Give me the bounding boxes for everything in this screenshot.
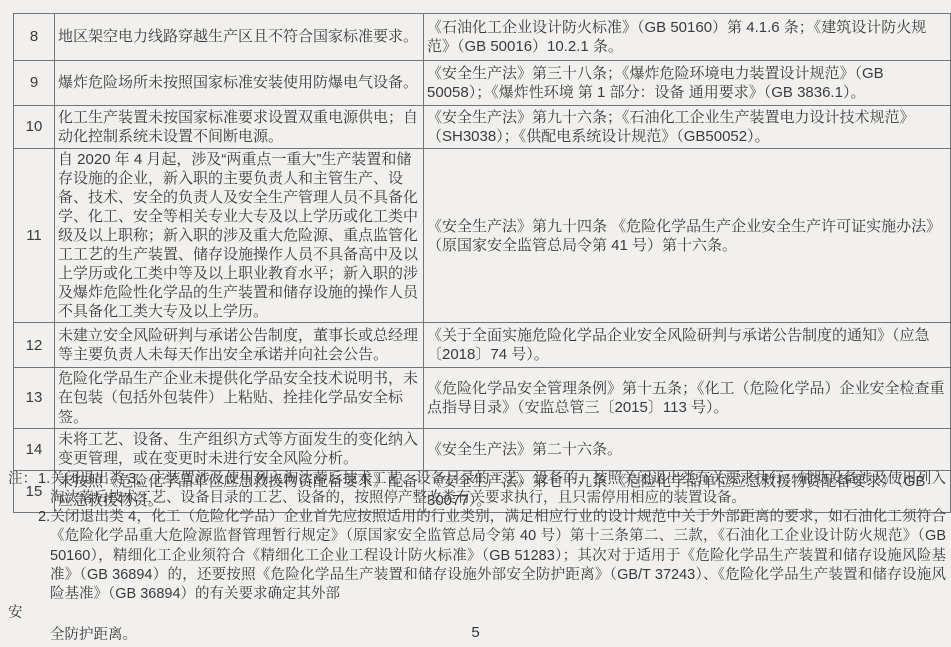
basis-text: 《安全生产法》第九十六条；《石油化工企业生产装置电力设计技术规范》（SH3038…	[424, 106, 951, 149]
violation-table: 8 地区架空电力线路穿越生产区且不符合国家标准要求。 《石油化工企业设计防火标准…	[13, 13, 951, 513]
row-number: 8	[14, 14, 55, 61]
problem-text: 爆炸危险场所未按照国家标准安装使用防爆电气设备。	[55, 61, 424, 106]
document-page: 8 地区架空电力线路穿越生产区且不符合国家标准要求。 《石油化工企业设计防火标准…	[0, 0, 951, 647]
row-number: 9	[14, 61, 55, 106]
table-row: 9 爆炸危险场所未按照国家标准安装使用防爆电气设备。 《安全生产法》第三十八条；…	[14, 61, 951, 106]
row-number: 11	[14, 149, 55, 323]
row-number: 13	[14, 368, 55, 428]
basis-text: 《安全生产法》第九十四条 《危险化学品生产企业安全生产许可证实施办法》（原国家安…	[424, 149, 951, 323]
row-number: 12	[14, 323, 55, 368]
table-row: 10 化工生产装置未按国家标准要求设置双重电源供电；自动化控制系统未设置不间断电…	[14, 106, 951, 149]
row-number: 10	[14, 106, 55, 149]
basis-text: 《关于全面实施危险化学品企业安全风险研判与承诺公告制度的通知》（应急〔2018〕…	[424, 323, 951, 368]
basis-text: 《安全生产法》第三十八条；《爆炸危险环境电力装置设计规范》（GB 50058）；…	[424, 61, 951, 106]
basis-text: 《石油化工企业设计防火标准》（GB 50160）第 4.1.6 条；《建筑设计防…	[424, 14, 951, 61]
problem-text: 化工生产装置未按国家标准要求设置双重电源供电；自动化控制系统未设置不间断电源。	[55, 106, 424, 149]
table-row: 14 未将工艺、设备、生产组织方式等方面发生的变化纳入变更管理，或在变更时未进行…	[14, 428, 951, 470]
basis-text: 《安全生产法》第二十六条。	[424, 428, 951, 470]
problem-text: 未建立安全风险研判与承诺公告制度，董事长或总经理等主要负责人未每天作出安全承诺并…	[55, 323, 424, 368]
problem-text: 地区架空电力线路穿越生产区且不符合国家标准要求。	[55, 14, 424, 61]
page-number: 5	[0, 624, 951, 641]
table-row: 11 自 2020 年 4 月起，涉及“两重点一重大”生产装置和储存设施的企业，…	[14, 149, 951, 323]
note-1: 1.关闭退出类 3，主装置涉及使用列入淘汰落后技术工艺、设备目录的工艺、设备的，…	[38, 470, 946, 508]
basis-text: 《危险化学品安全管理条例》第十五条；《化工（危险化学品）企业安全检查重点指导目录…	[424, 368, 951, 428]
table-row: 13 危险化学品生产企业未提供化学品安全技术说明书，未在包装（包括外包装件）上粘…	[14, 368, 951, 428]
problem-text: 危险化学品生产企业未提供化学品安全技术说明书，未在包装（包括外包装件）上粘贴、拴…	[55, 368, 424, 428]
row-number: 14	[14, 428, 55, 470]
problem-text: 自 2020 年 4 月起，涉及“两重点一重大”生产装置和储存设施的企业，新入职…	[55, 149, 424, 323]
note-2: 2.关闭退出类 4，化工（危险化学品）企业首先应按照适用的行业类别，满足相应行业…	[38, 508, 946, 604]
table-row: 12 未建立安全风险研判与承诺公告制度，董事长或总经理等主要负责人未每天作出安全…	[14, 323, 951, 368]
note-2-hanging-char: 安	[8, 604, 946, 623]
table-row: 8 地区架空电力线路穿越生产区且不符合国家标准要求。 《石油化工企业设计防火标准…	[14, 14, 951, 61]
footnotes: 注： 1.关闭退出类 3，主装置涉及使用列入淘汰落后技术工艺、设备目录的工艺、设…	[8, 470, 946, 645]
notes-label: 注：	[8, 470, 38, 604]
problem-text: 未将工艺、设备、生产组织方式等方面发生的变化纳入变更管理，或在变更时未进行安全风…	[55, 428, 424, 470]
